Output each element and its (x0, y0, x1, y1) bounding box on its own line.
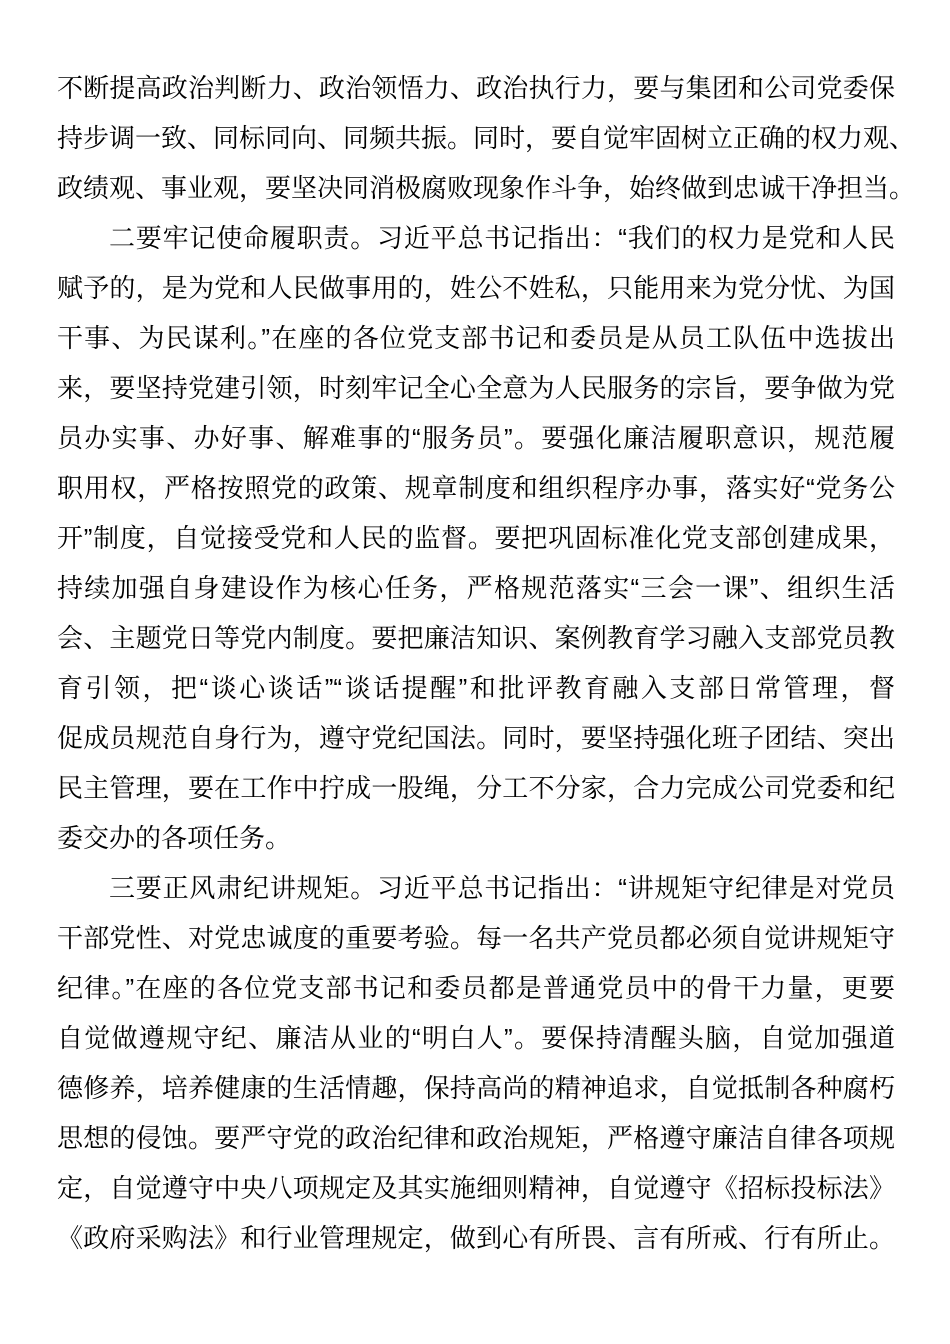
text-line: 民主管理，要在工作中拧成一股绳，分工不分家，合力完成公司党委和纪 (57, 763, 895, 813)
text-line: 定，自觉遵守中央八项规定及其实施细则精神，自觉遵守《招标投标法》 (57, 1163, 895, 1213)
text-line: 赋予的，是为党和人民做事用的，姓公不姓私，只能用来为党分忧、为国 (57, 263, 895, 313)
text-line: 来，要坚持党建引领，时刻牢记全心全意为人民服务的宗旨，要争做为党 (57, 363, 895, 413)
paragraph-continuation: 不断提高政治判断力、政治领悟力、政治执行力，要与集团和公司党委保 持步调一致、同… (57, 63, 895, 213)
text-line: 持步调一致、同标同向、同频共振。同时，要自觉牢固树立正确的权力观、 (57, 113, 895, 163)
paragraph-second-point: 二要牢记使命履职责。习近平总书记指出：“我们的权力是党和人民 赋予的，是为党和人… (57, 213, 895, 863)
document-page: 不断提高政治判断力、政治领悟力、政治执行力，要与集团和公司党委保 持步调一致、同… (0, 0, 950, 1344)
text-line: 干事、为民谋利。”在座的各位党支部书记和委员是从员工队伍中选拔出 (57, 313, 895, 363)
paragraph-third-point: 三要正风肃纪讲规矩。习近平总书记指出：“讲规矩守纪律是对党员 干部党性、对党忠诚… (57, 863, 895, 1263)
text-line: 二要牢记使命履职责。习近平总书记指出：“我们的权力是党和人民 (57, 213, 895, 263)
text-line: 三要正风肃纪讲规矩。习近平总书记指出：“讲规矩守纪律是对党员 (57, 863, 895, 913)
text-line: 自觉做遵规守纪、廉洁从业的“明白人”。要保持清醒头脑，自觉加强道 (57, 1013, 895, 1063)
text-line: 会、主题党日等党内制度。要把廉洁知识、案例教育学习融入支部党员教 (57, 613, 895, 663)
text-line: 《政府采购法》和行业管理规定，做到心有所畏、言有所戒、行有所止。 (57, 1213, 895, 1263)
text-line: 纪律。”在座的各位党支部书记和委员都是普通党员中的骨干力量，更要 (57, 963, 895, 1013)
text-line: 委交办的各项任务。 (57, 813, 895, 863)
text-line: 开”制度，自觉接受党和人民的监督。要把巩固标准化党支部创建成果， (57, 513, 895, 563)
text-line: 职用权，严格按照党的政策、规章制度和组织程序办事，落实好“党务公 (57, 463, 895, 513)
text-line: 员办实事、办好事、解难事的“服务员”。要强化廉洁履职意识，规范履 (57, 413, 895, 463)
text-line: 持续加强自身建设作为核心任务，严格规范落实“三会一课”、组织生活 (57, 563, 895, 613)
document-body: 不断提高政治判断力、政治领悟力、政治执行力，要与集团和公司党委保 持步调一致、同… (57, 63, 895, 1263)
text-line: 育引领，把“谈心谈话”“谈话提醒”和批评教育融入支部日常管理，督 (57, 663, 895, 713)
text-line: 思想的侵蚀。要严守党的政治纪律和政治规矩，严格遵守廉洁自律各项规 (57, 1113, 895, 1163)
text-line: 政绩观、事业观，要坚决同消极腐败现象作斗争，始终做到忠诚干净担当。 (57, 163, 895, 213)
text-line: 干部党性、对党忠诚度的重要考验。每一名共产党员都必须自觉讲规矩守 (57, 913, 895, 963)
text-line: 德修养，培养健康的生活情趣，保持高尚的精神追求，自觉抵制各种腐朽 (57, 1063, 895, 1113)
text-line: 促成员规范自身行为，遵守党纪国法。同时，要坚持强化班子团结、突出 (57, 713, 895, 763)
text-line: 不断提高政治判断力、政治领悟力、政治执行力，要与集团和公司党委保 (57, 63, 895, 113)
